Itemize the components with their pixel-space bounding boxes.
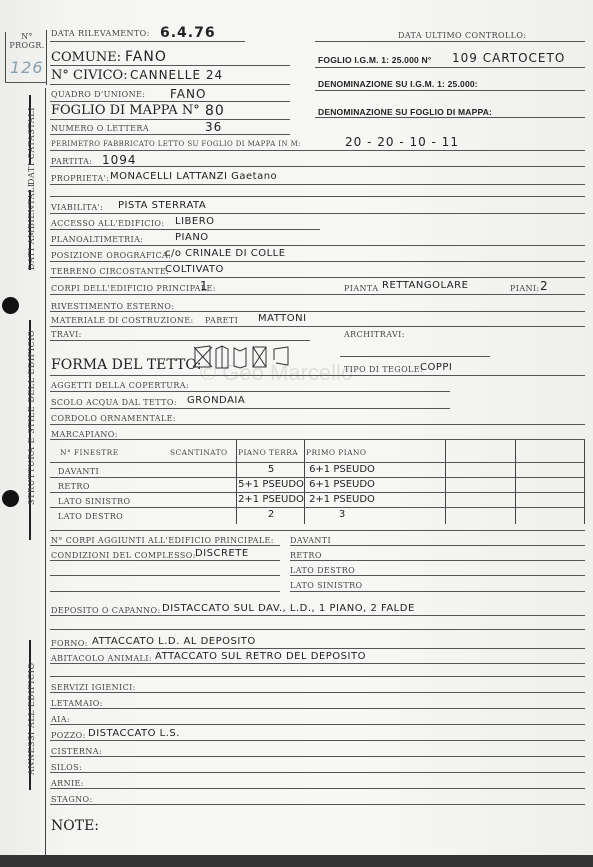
aggiunti-lato-destro-label: LATO DESTRO — [290, 566, 355, 575]
pareti-value: MATTONI — [258, 313, 307, 324]
table-row-label: LATO DESTRO — [58, 512, 123, 521]
rule — [50, 134, 290, 135]
proprieta-label: PROPRIETA': — [51, 174, 109, 183]
rule — [50, 575, 280, 576]
forno-value: ATTACCATO L.D. AL DEPOSITO — [92, 636, 256, 647]
section-struttura: STRUTTURA E STILE DELL'EDIFICIO — [27, 330, 36, 505]
partita-label: PARTITA: — [51, 157, 92, 166]
table-column-divider — [304, 440, 305, 524]
rule — [50, 101, 290, 102]
foglio-mappa-label: FOGLIO DI MAPPA N° — [51, 103, 200, 118]
rule — [50, 530, 585, 531]
cordolo-label: CORDOLO ORNAMENTALE: — [51, 414, 176, 423]
pozzo-label: POZZO: — [51, 731, 86, 740]
rule — [315, 90, 585, 91]
rule — [290, 575, 585, 576]
rule — [50, 591, 280, 592]
corpi-value: 1 — [200, 279, 209, 293]
denominazione-mappa-label: DENOMINAZIONE SU FOGLIO DI MAPPA: — [318, 107, 492, 117]
roof-padiglione-icon[interactable] — [193, 346, 212, 367]
table-row-rule — [50, 462, 585, 463]
deposito-label: DEPOSITO o CAPANNO: — [51, 606, 161, 615]
progr-label: N° PROGR. — [8, 32, 46, 50]
materiale-label: MATERIALE DI COSTRUZIONE: — [51, 316, 194, 325]
rule — [50, 804, 585, 805]
rule — [50, 184, 585, 185]
section-catastali: DATI CATASTALI — [27, 107, 36, 185]
scolo-label: SCOLO ACQUA DAL TETTO: — [51, 398, 177, 407]
civico-label: N° CIVICO: — [51, 68, 128, 83]
punch-hole — [2, 490, 19, 507]
aggiunti-retro-label: RETRO — [290, 551, 322, 560]
condizioni-value: DISCRETE — [195, 548, 249, 559]
data-rilevamento-label: DATA RILEVAMENTO: — [51, 29, 150, 38]
table-header-cell: PIANO TERRA — [238, 448, 298, 457]
rule — [50, 708, 585, 709]
paper-bottom-edge — [0, 855, 593, 867]
roof-falda-concava-icon[interactable] — [234, 348, 246, 368]
corpi-label: CORPI DELL'EDIFICIO PRINCIPALE: — [51, 284, 216, 293]
silos-label: SILOS: — [51, 763, 82, 772]
pianta-value: RETTANGOLARE — [382, 280, 468, 291]
aggiunti-lato-sinistro-label: LATO SINISTRO — [290, 581, 363, 590]
quadro-value: FANO — [170, 87, 206, 101]
partita-value: 1094 — [102, 153, 137, 167]
data-ultimo-controllo-label: DATA ULTIMO CONTROLLO: — [398, 31, 526, 40]
rule — [315, 117, 585, 118]
planoaltimetria-value: PIANO — [175, 232, 209, 243]
progr-box-border — [5, 32, 6, 82]
accesso-label: ACCESSO ALL'EDIFICIO: — [51, 219, 164, 228]
rule — [50, 261, 585, 262]
rule — [50, 294, 585, 295]
rule — [50, 213, 585, 214]
table-cell-piano-terra: 2+1 PSEUDO — [238, 494, 304, 505]
perimetro-value: 20 - 20 - 10 - 11 — [345, 135, 459, 149]
cisterna-label: CISTERNA: — [51, 747, 102, 756]
rule — [50, 545, 280, 546]
rule — [340, 356, 490, 357]
table-row-label: DAVANTI — [58, 467, 99, 476]
rule — [50, 150, 585, 151]
arnie-label: ARNIE: — [51, 779, 84, 788]
piani-value: 2 — [540, 279, 549, 293]
progr-value: 126 — [10, 58, 44, 77]
comune-value: FANO — [125, 49, 167, 65]
viabilita-value: PISTA STERRATA — [118, 200, 206, 211]
piani-label: PIANI: — [510, 284, 540, 293]
rivestimento-label: RIVESTIMENTO ESTERNO: — [51, 302, 174, 311]
rule — [50, 84, 290, 85]
planoaltimetria-label: PLANOALTIMETRIA: — [51, 235, 143, 244]
pareti-label: PARETI — [205, 316, 238, 325]
condizioni-label: CONDIZIONI DEL COMPLESSO: — [51, 551, 196, 560]
rule — [50, 245, 585, 246]
rule — [50, 724, 585, 725]
rule — [50, 615, 585, 616]
viabilita-label: VIABILITA': — [51, 203, 103, 212]
deposito-value: DISTACCATO SUL DAV., L.D., 1 PIANO, 2 FA… — [162, 603, 415, 614]
marcapiano-label: MARCAPIANO: — [51, 430, 118, 439]
tipo-tegole-label: TIPO DI TEGOLE: — [344, 365, 423, 374]
table-header-cell: N° FINESTRE — [60, 448, 119, 457]
rule — [50, 408, 450, 409]
rule — [50, 439, 585, 440]
roof-crociera-icon[interactable] — [253, 347, 266, 367]
section-ambientali: DATI AMBIENTALI — [27, 183, 36, 270]
pozzo-value: DISTACCATO L.S. — [88, 728, 180, 739]
aia-label: AIA: — [51, 715, 70, 724]
forma-tetto-label: FORMA DEL TETTO: — [51, 357, 202, 373]
punch-hole — [2, 297, 19, 314]
rule — [315, 41, 585, 42]
table-header-cell: PRIMO PIANO — [306, 448, 366, 457]
rule — [50, 424, 585, 425]
table-row-rule — [50, 477, 585, 478]
rule — [50, 311, 585, 312]
comune-label: COMUNE: — [51, 50, 121, 65]
roof-shape-options — [192, 345, 302, 371]
rule — [50, 340, 310, 341]
table-cell-primo-piano: 6+1 PSEUDO — [306, 479, 378, 490]
note-label: NOTE: — [51, 818, 99, 834]
aggiunti-davanti-label: DAVANTI — [290, 536, 331, 545]
rule — [50, 65, 290, 66]
numero-label: NUMERO o LETTERA — [51, 124, 149, 133]
table-header-cell: SCANTINATO — [170, 448, 228, 457]
rule — [50, 560, 280, 561]
main-margin-rule — [45, 88, 46, 858]
civico-value: CANNELLE 24 — [130, 68, 223, 82]
rule — [50, 676, 585, 677]
scolo-value: GRONDAIA — [187, 395, 245, 406]
rule — [290, 591, 585, 592]
rule — [50, 756, 585, 757]
roof-una-falda-icon[interactable] — [274, 347, 288, 365]
roof-due-falde-icon[interactable] — [216, 346, 228, 368]
servizi-label: SERVIZI IGIENICI: — [51, 683, 136, 692]
rule — [50, 629, 585, 630]
corpi-aggiunti-label: N° CORPI AGGIUNTI ALL'EDIFICIO PRINCIPAL… — [51, 536, 274, 545]
stagno-label: STAGNO: — [51, 795, 93, 804]
pianta-label: PIANTA — [344, 284, 378, 293]
travi-label: TRAVI: — [51, 330, 82, 339]
rule — [50, 788, 585, 789]
rule — [50, 229, 320, 230]
numero-value: 36 — [205, 120, 222, 134]
foglio-mappa-value: 80 — [205, 103, 225, 119]
table-row-rule — [50, 507, 585, 508]
table-cell-primo-piano: 3 — [306, 509, 378, 520]
terreno-label: TERRENO CIRCOSTANTE: — [51, 267, 169, 276]
rule — [50, 166, 585, 167]
architravi-label: ARCHITRAVI: — [344, 330, 405, 339]
table-column-divider — [515, 440, 516, 524]
table-column-divider — [236, 440, 237, 524]
progr-box-border — [5, 82, 47, 83]
posizione-value: c/o CRINALE DI COLLE — [165, 248, 286, 259]
quadro-label: QUADRO D'UNIONE: — [51, 90, 145, 99]
terreno-value: COLTIVATO — [165, 264, 224, 275]
rule — [50, 119, 290, 120]
foglio-igm-value: 109 CARTOCETO — [452, 51, 565, 65]
rule — [315, 67, 585, 68]
section-annessi: ANNESSI ALL'EDIFICIO — [27, 662, 36, 775]
table-row-rule — [50, 492, 585, 493]
rule — [50, 41, 245, 42]
denominazione-igm-label: DENOMINAZIONE SU I.G.M. 1: 25.000: — [318, 79, 478, 89]
table-cell-primo-piano: 2+1 PSEUDO — [306, 494, 378, 505]
rule — [50, 391, 450, 392]
abitacolo-value: ATTACCATO SUL RETRO DEL DEPOSITO — [155, 651, 366, 662]
tipo-tegole-value: COPPI — [420, 362, 452, 373]
rule — [50, 196, 585, 197]
table-row-label: RETRO — [58, 482, 90, 491]
rule — [290, 560, 585, 561]
rule — [50, 772, 585, 773]
perimetro-label: PERIMETRO FABBRICATO LETTO SU FOGLIO DI … — [51, 140, 301, 148]
rule — [50, 740, 585, 741]
data-rilevamento-value: 6.4.76 — [160, 25, 216, 41]
rule — [50, 277, 585, 278]
table-column-divider — [584, 440, 585, 524]
aggetti-label: AGGETTI DELLA COPERTURA: — [51, 381, 189, 390]
posizione-label: POSIZIONE OROGRAFICA: — [51, 251, 171, 260]
accesso-value: LIBERO — [175, 216, 215, 227]
table-column-divider — [445, 440, 446, 524]
forno-label: FORNO: — [51, 639, 88, 648]
letamaio-label: LETAMAIO: — [51, 699, 103, 708]
table-row-label: LATO SINISTRO — [58, 497, 131, 506]
rule — [50, 692, 585, 693]
table-cell-primo-piano: 6+1 PSEUDO — [306, 464, 378, 475]
rule — [50, 663, 585, 664]
rule — [50, 375, 585, 376]
rule — [50, 326, 585, 327]
table-cell-piano-terra: 2 — [238, 509, 304, 520]
rule — [50, 648, 585, 649]
abitacolo-label: ABITACOLO ANIMALI: — [51, 654, 152, 663]
proprieta-value: MONACELLI LATTANZI Gaetano — [110, 171, 277, 182]
foglio-igm-label: FOGLIO I.G.M. 1: 25.000 N° — [318, 55, 431, 65]
table-cell-piano-terra: 5+1 PSEUDO — [238, 479, 304, 490]
progr-box-border — [46, 30, 47, 85]
table-cell-piano-terra: 5 — [238, 464, 304, 475]
rule — [290, 545, 585, 546]
